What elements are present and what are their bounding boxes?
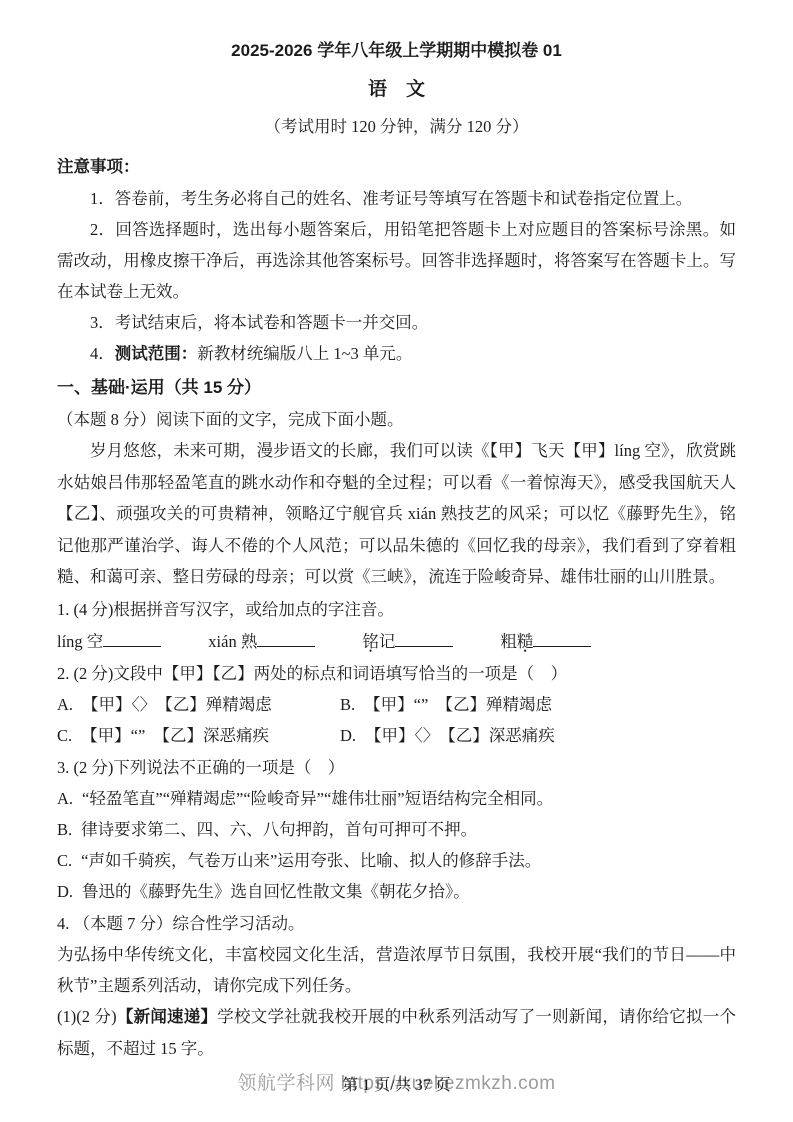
notice-item-4: 4．测试范围：新教材统编版八上 1~3 单元。 (57, 338, 736, 370)
notice-item-4-label: 测试范围： (115, 345, 198, 363)
option-a: A.【甲】〈〉 【乙】殚精竭虑 (57, 689, 340, 720)
question-2-options: A.【甲】〈〉 【乙】殚精竭虑 B.【甲】“” 【乙】殚精竭虑 C.【甲】“” … (57, 689, 736, 751)
answer-blank (257, 630, 315, 647)
option-a: A.“轻盈笔直”“殚精竭虑”“险峻奇异”“雄伟壮丽”短语结构完全相同。 (57, 783, 736, 814)
notice-item-2: 2．回答选择题时，选出每小题答案后，用铅笔把答题卡上对应题目的答案标号涂黑。如需… (57, 214, 736, 307)
option-text: “声如千骑疾，气卷万山来”运用夸张、比喻、拟人的修辞手法。 (81, 851, 541, 870)
pinyin-item-ling: líng 空 (57, 626, 161, 657)
option-label: D. (340, 726, 356, 745)
exam-duration-info: （考试用时 120 分钟，满分 120 分） (57, 114, 736, 140)
question-4-intro: 为弘扬中华传统文化，丰富校园文化生活，营造浓厚节日氛围，我校开展“我们的节日——… (57, 939, 736, 1001)
notice-item-4-number: 4． (90, 344, 115, 363)
option-text: 【甲】“” 【乙】深恶痛疾 (81, 726, 269, 745)
dotted-char: 铭 (362, 632, 379, 651)
option-text: 【甲】“” 【乙】殚精竭虑 (364, 695, 552, 714)
pinyin-item-text: 记 (379, 632, 396, 651)
answer-blank (533, 630, 591, 647)
option-text: “轻盈笔直”“殚精竭虑”“险峻奇异”“雄伟壮丽”短语结构完全相同。 (82, 789, 553, 808)
notice-item-1: 1．答卷前，考生务必将自己的姓名、准考证号等填写在答题卡和试卷指定位置上。 (57, 183, 736, 214)
sub-question-tag: 【新闻速递】 (117, 1008, 218, 1026)
option-label: B. (340, 695, 355, 714)
page-number: 第 1 页/共 37 页 (0, 1072, 793, 1095)
dotted-char: 糙 (517, 632, 534, 651)
option-label: B. (57, 820, 72, 839)
option-label: D. (57, 882, 73, 901)
option-c: C.“声如千骑疾，气卷万山来”运用夸张、比喻、拟人的修辞手法。 (57, 845, 736, 876)
answer-blank (103, 630, 161, 647)
option-text: 鲁迅的《藤野先生》选自回忆性散文集《朝花夕拾》。 (82, 882, 470, 901)
question-1-blanks-row: líng 空 xián 熟 铭记 粗糙 (57, 626, 736, 657)
question-2-stem: 2. (2 分)文段中【甲】【乙】两处的标点和词语填写恰当的一项是（ ） (57, 658, 736, 689)
option-text: 【甲】〈〉 【乙】深恶痛疾 (365, 726, 555, 745)
pinyin-item-cucao: 粗糙 (500, 626, 591, 657)
pinyin-item-text: 粗 (500, 632, 517, 651)
reading-intro: （本题 8 分）阅读下面的文字，完成下面小题。 (57, 404, 736, 435)
pinyin-item-text: líng 空 (57, 632, 103, 651)
exam-subject: 语 文 (57, 77, 736, 103)
section-1-heading: 一、基础·运用（共 15 分） (57, 372, 736, 404)
option-label: A. (57, 789, 73, 808)
notice-item-3: 3．考试结束后，将本试卷和答题卡一并交回。 (57, 307, 736, 338)
option-c: C.【甲】“” 【乙】深恶痛疾 (57, 720, 340, 751)
pinyin-item-xian: xián 熟 (208, 626, 315, 657)
option-d: D.鲁迅的《藤野先生》选自回忆性散文集《朝花夕拾》。 (57, 876, 736, 907)
option-text: 【甲】〈〉 【乙】殚精竭虑 (82, 695, 272, 714)
notice-item-4-text: 新教材统编版八上 1~3 单元。 (197, 344, 412, 363)
reading-passage: 岁月悠悠，未来可期，漫步语文的长廊，我们可以读《【甲】飞天【甲】líng 空》，… (57, 435, 736, 593)
option-b: B.律诗要求第二、四、六、八句押韵，首句可押可不押。 (57, 814, 736, 845)
option-label: A. (57, 695, 73, 714)
question-3-options: A.“轻盈笔直”“殚精竭虑”“险峻奇异”“雄伟壮丽”短语结构完全相同。 B.律诗… (57, 783, 736, 907)
question-1-stem: 1. (4 分)根据拼音写汉字，或给加点的字注音。 (57, 594, 736, 625)
exam-page: 2025-2026 学年八年级上学期期中模拟卷 01 语 文 （考试用时 120… (0, 0, 793, 1122)
pinyin-item-text: xián 熟 (208, 632, 257, 651)
question-3-stem: 3. (2 分)下列说法不正确的一项是（ ） (57, 752, 736, 783)
option-d: D.【甲】〈〉 【乙】深恶痛疾 (340, 720, 736, 751)
question-4-stem: 4. （本题 7 分）综合性学习活动。 (57, 908, 736, 939)
option-text: 律诗要求第二、四、六、八句押韵，首句可押可不押。 (81, 820, 477, 839)
option-label: C. (57, 851, 72, 870)
exam-title: 2025-2026 学年八年级上学期期中模拟卷 01 (57, 38, 736, 64)
option-b: B.【甲】“” 【乙】殚精竭虑 (340, 689, 736, 720)
question-4-sub1: (1)(2 分)【新闻速递】学校文学社就我校开展的中秋系列活动写了一则新闻，请你… (57, 1001, 736, 1064)
page-footer: 领航学科网 https://xuekezmkzh.com 第 1 页/共 37 … (0, 1068, 793, 1098)
pinyin-item-mingji: 铭记 (362, 626, 453, 657)
sub-question-prefix: (1)(2 分) (57, 1007, 117, 1026)
notices-heading: 注意事项： (57, 152, 736, 183)
option-label: C. (57, 726, 72, 745)
answer-blank (395, 630, 453, 647)
